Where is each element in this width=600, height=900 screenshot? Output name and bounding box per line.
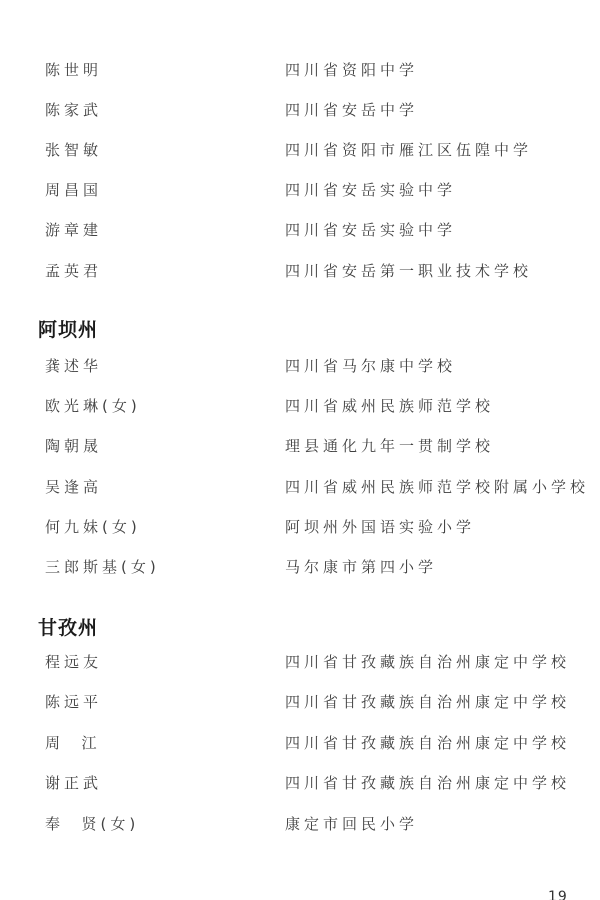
person-name: 周 江 bbox=[45, 731, 101, 755]
list-item: 周 江 四川省甘孜藏族自治州康定中学校 bbox=[0, 731, 600, 755]
school-name: 四川省甘孜藏族自治州康定中学校 bbox=[285, 650, 570, 674]
person-name: 欧光琳(女) bbox=[45, 394, 141, 418]
list-item: 周昌国 四川省安岳实验中学 bbox=[0, 178, 600, 202]
list-item: 陈远平 四川省甘孜藏族自治州康定中学校 bbox=[0, 690, 600, 714]
list-item: 三郎斯基(女) 马尔康市第四小学 bbox=[0, 555, 600, 579]
person-name: 陈远平 bbox=[45, 690, 102, 714]
school-name: 四川省甘孜藏族自治州康定中学校 bbox=[285, 731, 570, 755]
list-item: 陈家武 四川省安岳中学 bbox=[0, 98, 600, 122]
list-item: 龚述华 四川省马尔康中学校 bbox=[0, 354, 600, 378]
list-item: 张智敏 四川省资阳市雁江区伍隍中学 bbox=[0, 138, 600, 162]
page-number: 19 bbox=[548, 889, 568, 900]
school-name: 马尔康市第四小学 bbox=[285, 555, 437, 579]
person-name: 陈世明 bbox=[45, 58, 102, 82]
list-item: 程远友 四川省甘孜藏族自治州康定中学校 bbox=[0, 650, 600, 674]
school-name: 四川省安岳中学 bbox=[285, 98, 418, 122]
person-name: 谢正武 bbox=[45, 771, 102, 795]
school-name: 四川省资阳中学 bbox=[285, 58, 418, 82]
school-name: 四川省威州民族师范学校附属小学校 bbox=[285, 475, 589, 499]
school-name: 理县通化九年一贯制学校 bbox=[285, 434, 494, 458]
school-name: 阿坝州外国语实验小学 bbox=[285, 515, 475, 539]
person-name: 游章建 bbox=[45, 218, 102, 242]
school-name: 四川省资阳市雁江区伍隍中学 bbox=[285, 138, 532, 162]
school-name: 四川省威州民族师范学校 bbox=[285, 394, 494, 418]
person-name: 吴逢高 bbox=[45, 475, 102, 499]
list-item: 奉 贤(女) 康定市回民小学 bbox=[0, 812, 600, 836]
school-name: 四川省安岳实验中学 bbox=[285, 218, 456, 242]
school-name: 四川省安岳第一职业技术学校 bbox=[285, 259, 532, 283]
list-item: 陈世明 四川省资阳中学 bbox=[0, 58, 600, 82]
person-name: 张智敏 bbox=[45, 138, 102, 162]
list-item: 游章建 四川省安岳实验中学 bbox=[0, 218, 600, 242]
person-name: 三郎斯基(女) bbox=[45, 555, 160, 579]
person-name: 龚述华 bbox=[45, 354, 102, 378]
person-name: 周昌国 bbox=[45, 178, 102, 202]
list-item: 孟英君 四川省安岳第一职业技术学校 bbox=[0, 259, 600, 283]
person-name: 孟英君 bbox=[45, 259, 102, 283]
person-name: 陶朝晟 bbox=[45, 434, 102, 458]
school-name: 四川省甘孜藏族自治州康定中学校 bbox=[285, 771, 570, 795]
list-item: 欧光琳(女) 四川省威州民族师范学校 bbox=[0, 394, 600, 418]
person-name: 奉 贤(女) bbox=[45, 812, 139, 836]
list-item: 陶朝晟 理县通化九年一贯制学校 bbox=[0, 434, 600, 458]
list-item: 何九妹(女) 阿坝州外国语实验小学 bbox=[0, 515, 600, 539]
list-item: 谢正武 四川省甘孜藏族自治州康定中学校 bbox=[0, 771, 600, 795]
person-name: 陈家武 bbox=[45, 98, 102, 122]
school-name: 康定市回民小学 bbox=[285, 812, 418, 836]
section-heading: 阿坝州 bbox=[38, 317, 98, 343]
school-name: 四川省甘孜藏族自治州康定中学校 bbox=[285, 690, 570, 714]
section-heading: 甘孜州 bbox=[38, 615, 98, 641]
list-item: 吴逢高 四川省威州民族师范学校附属小学校 bbox=[0, 475, 600, 499]
school-name: 四川省马尔康中学校 bbox=[285, 354, 456, 378]
person-name: 何九妹(女) bbox=[45, 515, 141, 539]
school-name: 四川省安岳实验中学 bbox=[285, 178, 456, 202]
person-name: 程远友 bbox=[45, 650, 102, 674]
